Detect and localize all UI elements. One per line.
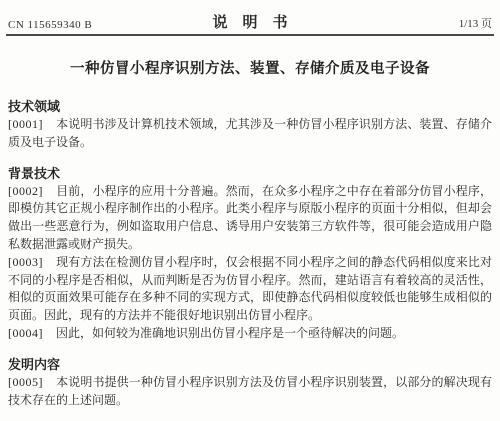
page-indicator: 1/13 页 [459,15,492,31]
paragraph: [0003]现有方法在检测仿冒小程序时，仅会根据不同小程序之间的静态代码相似度来… [8,254,492,325]
section-technical-field: 技术领域 [0001]本说明书涉及计算机技术领域，尤其涉及一种仿冒小程序识别方法… [8,98,492,152]
paragraph: [0002]目前，小程序的应用十分普遍。然而，在众多小程序之中存在着部分仿冒小程… [8,183,492,254]
paragraph: [0005]本说明书提供一种仿冒小程序识别方法及仿冒小程序识别装置，以部分的解决… [8,374,492,410]
paragraph-number: [0002] [8,184,43,198]
paragraph-number: [0005] [8,375,43,389]
document-type-title: 说 明 书 [212,11,287,32]
section-heading: 背景技术 [8,165,492,183]
section-background-art: 背景技术 [0002]目前，小程序的应用十分普遍。然而，在众多小程序之中存在着部… [8,165,492,343]
paragraph-text: 本说明书提供一种仿冒小程序识别方法及仿冒小程序识别装置，以部分的解决现有技术存在… [8,375,492,407]
section-heading: 发明内容 [8,356,492,374]
patent-specification-page: CN 115659340 B 说 明 书 1/13 页 一种仿冒小程序识别方法、… [0,0,500,421]
paragraph-number: [0003] [8,255,43,269]
document-body: 技术领域 [0001]本说明书涉及计算机技术领域，尤其涉及一种仿冒小程序识别方法… [0,98,500,409]
paragraph-text: 本说明书涉及计算机技术领域，尤其涉及一种仿冒小程序识别方法、装置、存储介质及电子… [8,117,492,149]
invention-title: 一种仿冒小程序识别方法、装置、存储介质及电子设备 [8,57,492,78]
paragraph-text: 因此，如何较为准确地识别出仿冒小程序是一个亟待解决的问题。 [56,326,404,340]
patent-number: CN 115659340 B [8,19,92,31]
paragraph-text: 目前，小程序的应用十分普遍。然而，在众多小程序之中存在着部分仿冒小程序，即模仿其… [8,184,492,251]
section-summary-of-invention: 发明内容 [0005]本说明书提供一种仿冒小程序识别方法及仿冒小程序识别装置，以… [8,356,492,410]
section-heading: 技术领域 [8,98,492,116]
paragraph-number: [0004] [8,326,43,340]
paragraph-text: 现有方法在检测仿冒小程序时，仅会根据不同小程序之间的静态代码相似度来比对不同的小… [8,255,492,322]
paragraph: [0004]因此，如何较为准确地识别出仿冒小程序是一个亟待解决的问题。 [8,325,492,343]
page-header: CN 115659340 B 说 明 书 1/13 页 [6,0,494,36]
paragraph: [0001]本说明书涉及计算机技术领域，尤其涉及一种仿冒小程序识别方法、装置、存… [8,116,492,152]
paragraph-number: [0001] [8,117,43,131]
